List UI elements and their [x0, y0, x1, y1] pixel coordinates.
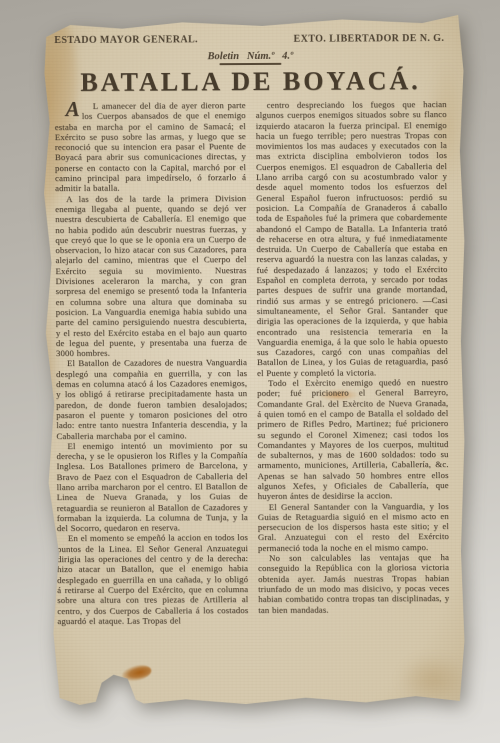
paragraph-text: En el momento se empeñó la accion en tod…: [57, 532, 248, 625]
masthead: ESTADO MAYOR GENERAL. EXTO. LIBERTADOR D…: [32, 11, 468, 46]
left-column: AL amanecer del dia de ayer dieron parte…: [55, 100, 249, 626]
header-left: ESTADO MAYOR GENERAL.: [54, 34, 198, 46]
bulletin-number: Boletin Núm.º 4.º: [32, 50, 468, 63]
paragraph: centro despreciando los fuegos que hacia…: [256, 99, 448, 378]
right-column: centro despreciando los fuegos que hacia…: [256, 99, 450, 625]
paragraph-text: Todo el Exèrcito enemigo quedó en nuestr…: [257, 377, 449, 501]
paragraph-text: A las dos de la tarde la primera Divisio…: [55, 193, 247, 358]
header-right: EXTO. LIBERTADOR DE N. G.: [294, 33, 445, 45]
paragraph-text: No son calculables las ventajas que ha c…: [258, 552, 449, 614]
paper-surface: ESTADO MAYOR GENERAL. EXTO. LIBERTADOR D…: [32, 11, 472, 719]
paragraph: A las dos de la tarde la primera Divisio…: [55, 193, 247, 359]
paragraph-text: El Batallon de Cazadores de nuestra Vang…: [56, 357, 247, 440]
photo-background: ESTADO MAYOR GENERAL. EXTO. LIBERTADOR D…: [0, 0, 500, 743]
paragraph: En el momento se empeñó la accion en tod…: [57, 532, 248, 626]
paragraph: No son calculables las ventajas que ha c…: [258, 552, 449, 615]
body-columns: AL amanecer del dia de ayer dieron parte…: [33, 99, 472, 626]
paragraph-text: centro despreciando los fuegos que hacia…: [256, 99, 448, 378]
drop-cap: A: [55, 101, 80, 117]
paragraph: El General Santander con la Vanguardia, …: [258, 501, 449, 553]
paragraph: Todo el Exèrcito enemigo quedó en nuestr…: [257, 377, 449, 502]
paragraph: El enemigo intentó un movimiento por su …: [56, 440, 247, 534]
paragraph: AL amanecer del dia de ayer dieron parte…: [55, 100, 246, 194]
document-title: BATALLA DE BOYACÁ.: [32, 66, 468, 98]
paper-sheet: ESTADO MAYOR GENERAL. EXTO. LIBERTADOR D…: [32, 11, 472, 719]
paragraph-text: El enemigo intentó un movimiento por su …: [56, 440, 247, 533]
paragraph-text: El General Santander con la Vanguardia, …: [258, 501, 449, 553]
printed-content: ESTADO MAYOR GENERAL. EXTO. LIBERTADOR D…: [32, 11, 472, 719]
title-rule: [219, 63, 281, 65]
paragraph-text: L amanecer del dia de ayer dieron parte …: [55, 100, 246, 193]
paragraph: El Batallon de Cazadores de nuestra Vang…: [56, 357, 247, 440]
